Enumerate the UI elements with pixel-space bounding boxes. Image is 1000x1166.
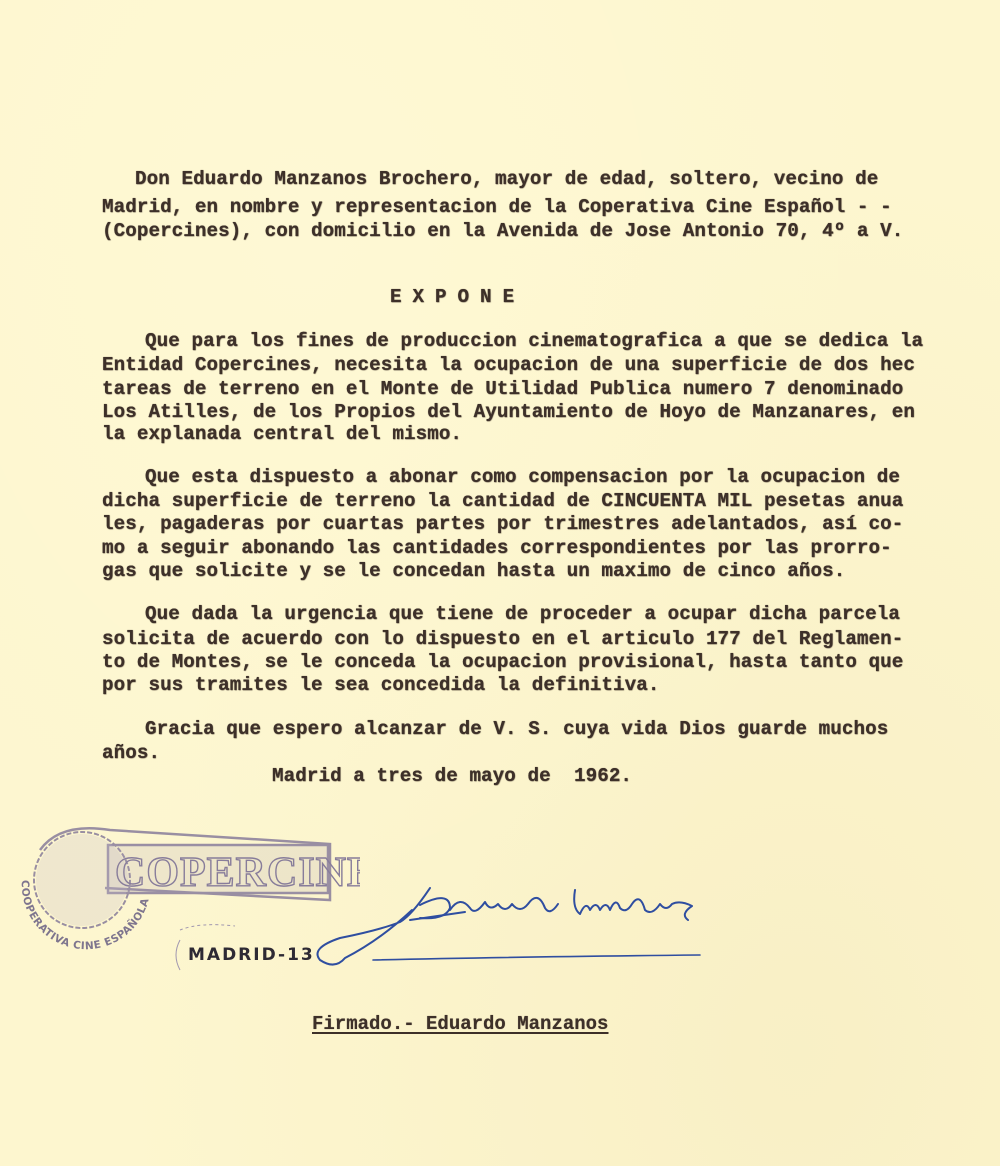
closing-line: años. — [102, 744, 160, 763]
paragraph-3-line: solicita de acuerdo con lo dispuesto en … — [102, 630, 903, 649]
heading-expone: EXPONE — [390, 288, 525, 307]
paragraph-3-line: to de Montes, se le conceda la ocupacion… — [102, 653, 903, 672]
paragraph-3-line: Que dada la urgencia que tiene de proced… — [145, 605, 900, 624]
paragraph-2-line: mo a seguir abonando las cantidades corr… — [102, 539, 892, 558]
paragraph-2-line: dicha superficie de terreno la cantidad … — [102, 492, 903, 511]
paragraph-3-line: por sus tramites le sea concedida la def… — [102, 676, 660, 695]
paragraph-1-line: Que para los fines de produccion cinemat… — [145, 332, 923, 351]
paragraph-1-line: Entidad Copercines, necesita la ocupacio… — [102, 356, 915, 375]
handwritten-signature — [300, 860, 800, 980]
paragraph-1-line: la explanada central del mismo. — [102, 425, 462, 444]
paragraph-2-line: les, pagaderas por cuartas partes por tr… — [102, 515, 903, 534]
paragraph-2-line: Que esta dispuesto a abonar como compens… — [145, 468, 900, 487]
intro-line: Don Eduardo Manzanos Brochero, mayor de … — [135, 170, 878, 189]
paragraph-1-line: tareas de terreno en el Monte de Utilida… — [102, 380, 903, 399]
paragraph-1-line: Los Atilles, de los Propios del Ayuntami… — [102, 403, 915, 422]
date-line: Madrid a tres de mayo de 1962. — [272, 767, 632, 786]
paragraph-2-line: gas que solicite y se le concedan hasta … — [102, 562, 845, 581]
stamp-city-label: MADRID-13 — [188, 945, 315, 965]
signed-by-line: Firmado.- Eduardo Manzanos — [312, 1013, 608, 1035]
intro-line: (Copercines), con domicilio en la Avenid… — [102, 222, 903, 241]
closing-line: Gracia que espero alcanzar de V. S. cuya… — [145, 720, 888, 739]
intro-line: Madrid, en nombre y representacion de la… — [102, 198, 892, 217]
